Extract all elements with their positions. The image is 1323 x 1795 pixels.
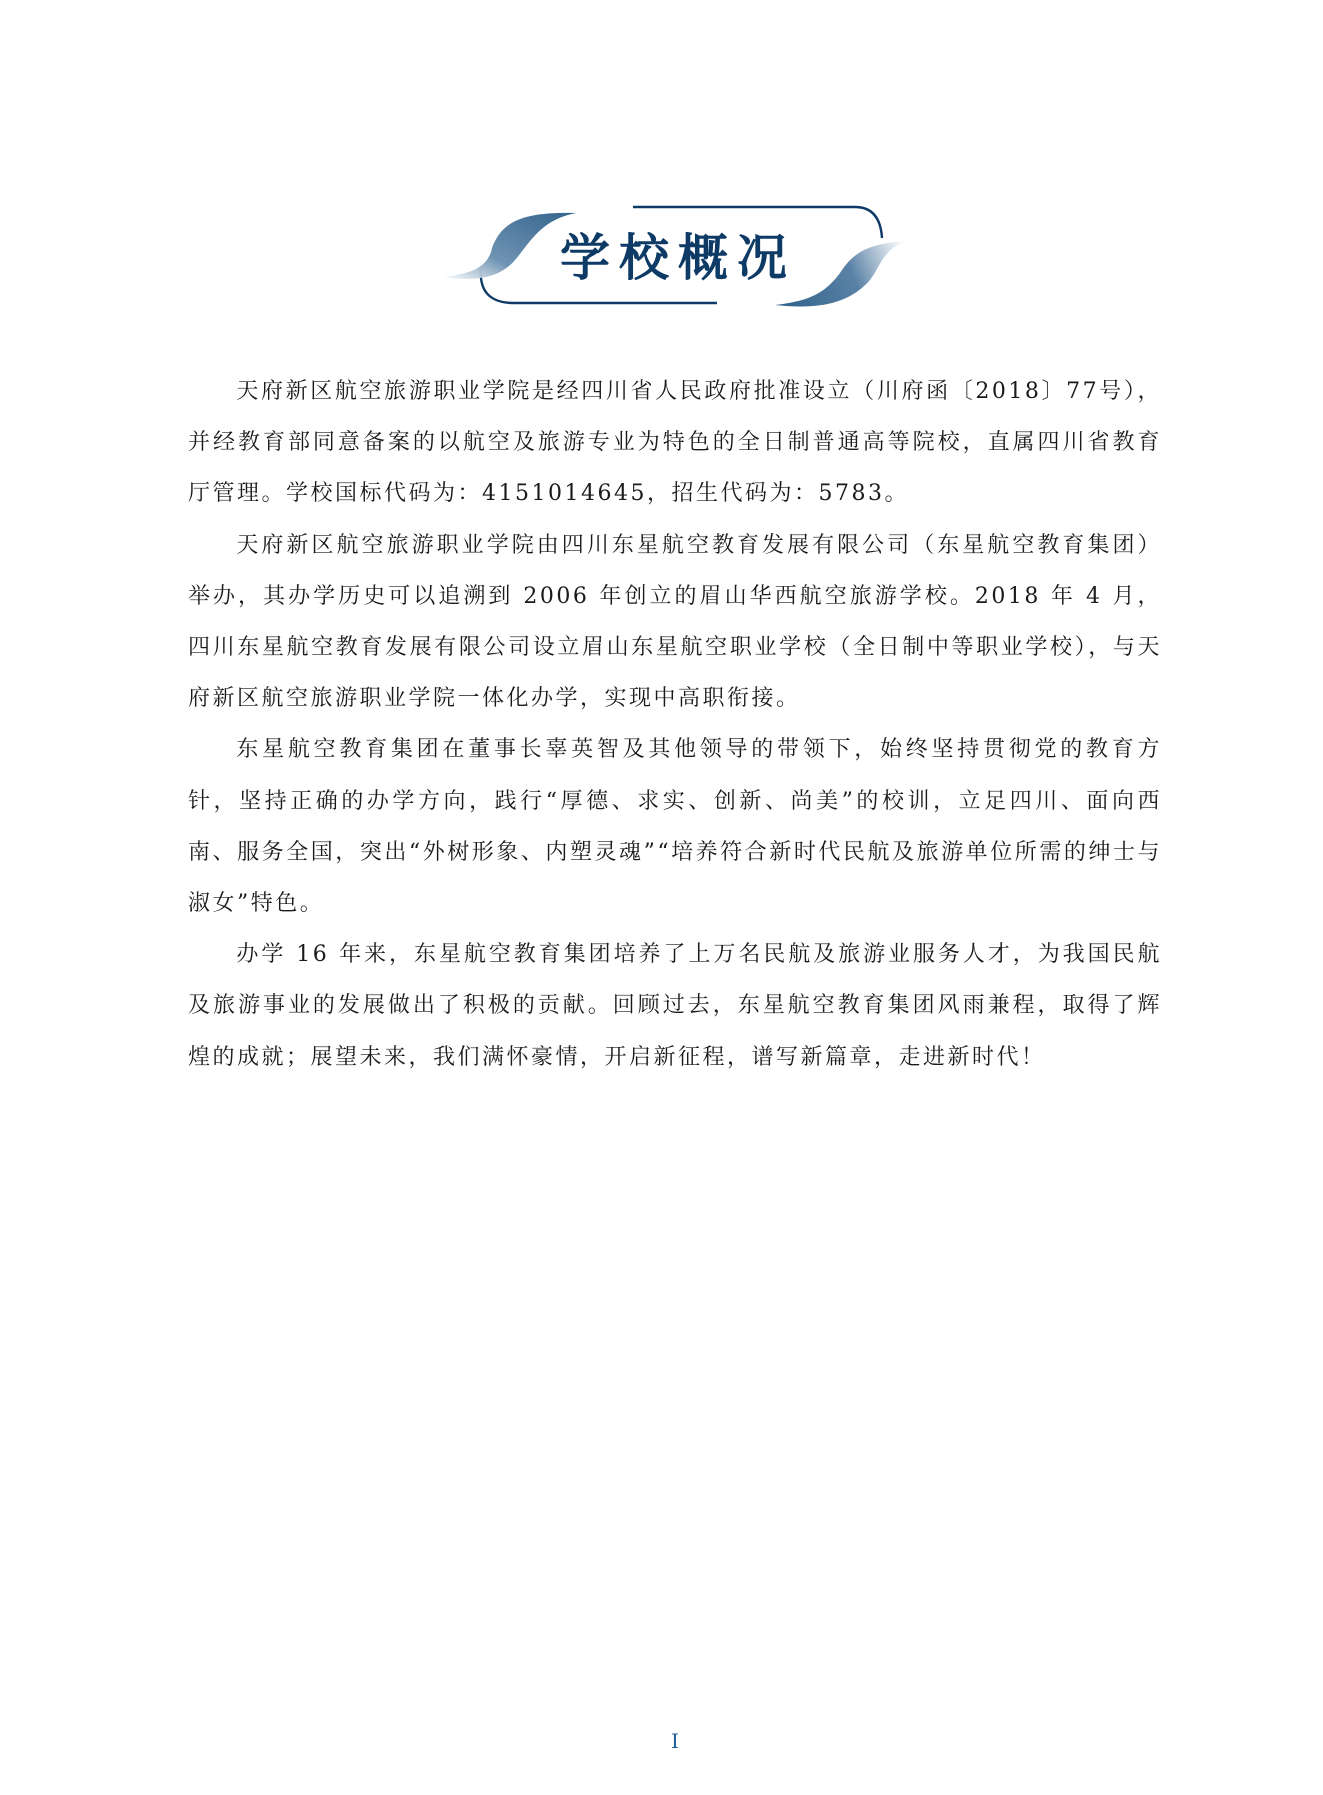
paragraph-achievements: 办学 16 年来，东星航空教育集团培养了上万名民航及旅游业服务人才，为我国民航及…: [188, 929, 1162, 1083]
section-title-banner: 学校概况: [430, 198, 920, 313]
school-overview-body: 天府新区航空旅游职业学院是经四川省人民政府批准设立（川府函〔2018〕77号），…: [188, 366, 1162, 1083]
page-title: 学校概况: [543, 228, 813, 288]
paragraph-founding: 天府新区航空旅游职业学院是经四川省人民政府批准设立（川府函〔2018〕77号），…: [188, 366, 1162, 520]
page-number: I: [660, 1728, 690, 1754]
paragraph-mission: 东星航空教育集团在董事长辜英智及其他领导的带领下，始终坚持贯彻党的教育方针，坚持…: [188, 724, 1162, 929]
paragraph-history: 天府新区航空旅游职业学院由四川东星航空教育发展有限公司（东星航空教育集团）举办，…: [188, 520, 1162, 725]
